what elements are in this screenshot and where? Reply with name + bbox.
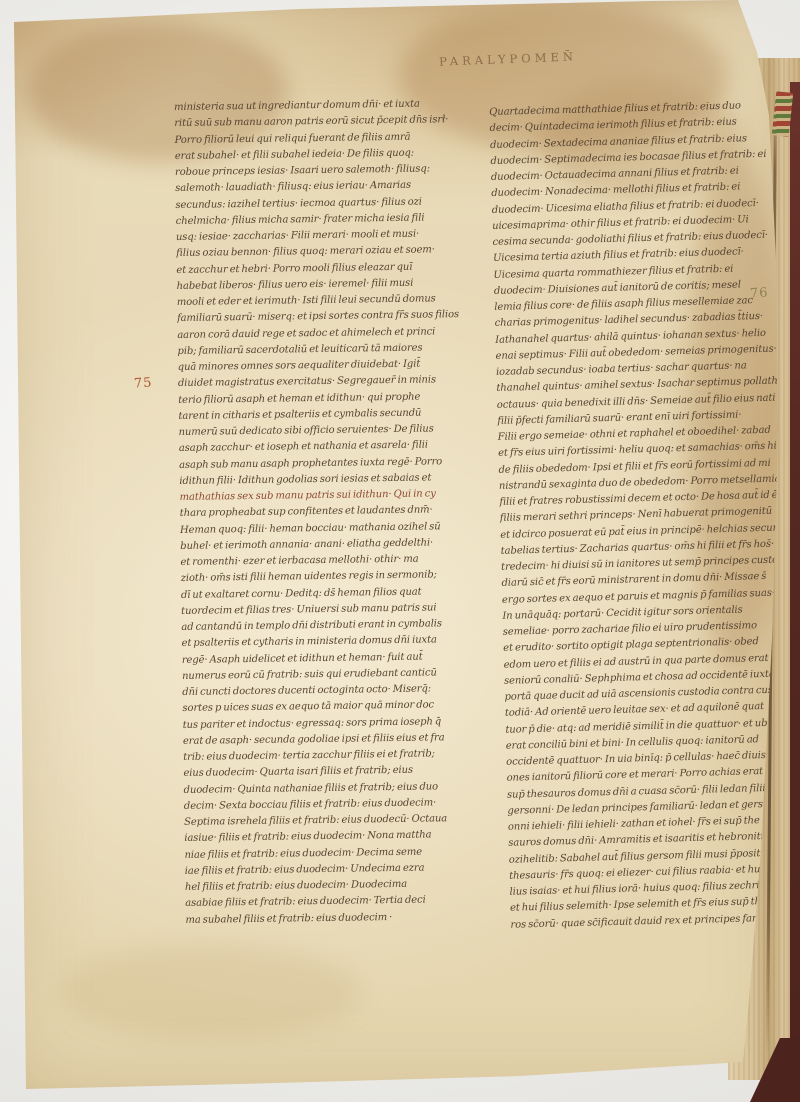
manuscript-page: PARALYPOMEN̄ 75 76 ministeria sua ut ing… — [0, 0, 800, 1102]
left-margin-number: 75 — [133, 375, 153, 391]
parchment-stain — [60, 945, 360, 1040]
running-title: PARALYPOMEN̄ — [418, 49, 598, 70]
text-column-right: Quartadecima matthathiae filius et fratr… — [489, 97, 800, 933]
manuscript-photo: PARALYPOMEN̄ 75 76 ministeria sua ut ing… — [0, 0, 800, 1102]
book-cover-edge — [790, 82, 800, 1102]
text-column-left: ministeria sua ut ingrediantur domum dn̄… — [174, 96, 486, 929]
text-line: ma subahel filiis et fratrib: eius duode… — [185, 908, 485, 928]
